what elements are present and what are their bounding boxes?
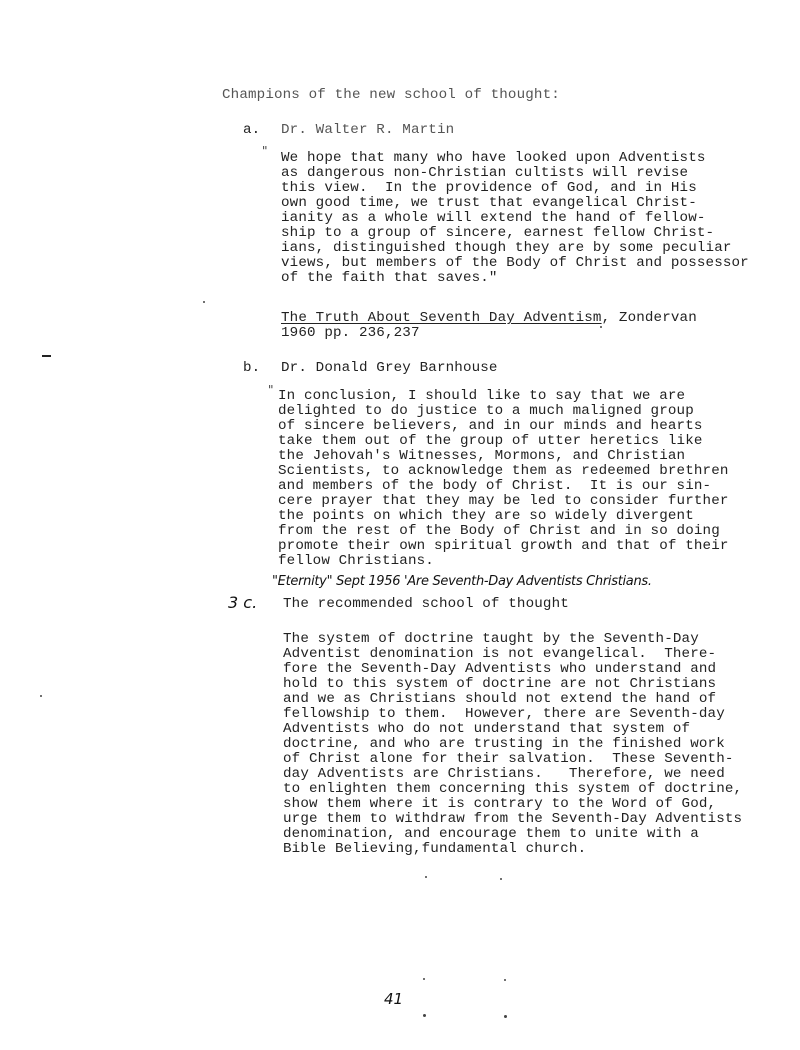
- quote-line: and members of the body of Christ. It is…: [278, 479, 729, 494]
- item-c-heading: The recommended school of thought: [283, 597, 569, 612]
- quote-line: of the faith that saves.": [281, 271, 749, 286]
- item-a-name: Dr. Walter R. Martin: [281, 123, 454, 138]
- scan-speck: [40, 695, 42, 697]
- martin-citation-line2: 1960 pp. 236,237: [281, 326, 420, 341]
- martin-citation-line1: The Truth About Seventh Day Adventism, Z…: [281, 311, 697, 326]
- body-line: urge them to withdraw from the Seventh-D…: [283, 812, 742, 827]
- quote-line: cere prayer that they may be led to cons…: [278, 494, 729, 509]
- body-line: fore the Seventh-Day Adventists who unde…: [283, 662, 742, 677]
- recommended-body: The system of doctrine taught by the Sev…: [283, 632, 742, 857]
- body-line: show them where it is contrary to the Wo…: [283, 797, 742, 812]
- quote-line: take them out of the group of utter here…: [278, 434, 729, 449]
- quote-line: own good time, we trust that evangelical…: [281, 196, 749, 211]
- open-quote-mark: ": [268, 383, 274, 397]
- body-line: Adventists who do not understand that sy…: [283, 722, 742, 737]
- body-line: hold to this system of doctrine are not …: [283, 677, 742, 692]
- scan-speck: [504, 1015, 507, 1018]
- scan-mark: [42, 355, 51, 357]
- body-line: of Christ alone for their salvation. The…: [283, 752, 742, 767]
- scan-speck: [423, 1014, 426, 1017]
- quote-line: ship to a group of sincere, earnest fell…: [281, 226, 749, 241]
- item-a-marker: a.: [243, 123, 260, 138]
- citation-title: The Truth About Seventh Day Adventism: [281, 310, 602, 326]
- quote-line: of sincere believers, and in our minds a…: [278, 419, 729, 434]
- quote-line: delighted to do justice to a much malign…: [278, 404, 729, 419]
- body-line: The system of doctrine taught by the Sev…: [283, 632, 742, 647]
- handwritten-citation: "Eternity" Sept 1956 'Are Seventh-Day Ad…: [272, 574, 652, 589]
- body-line: Bible Believing,fundamental church.: [283, 842, 742, 857]
- quote-line: views, but members of the Body of Christ…: [281, 256, 749, 271]
- scan-speck: [425, 876, 427, 878]
- quote-line: ians, distinguished though they are by s…: [281, 241, 749, 256]
- scan-speck: [203, 301, 205, 303]
- body-line: to enlighten them concerning this system…: [283, 782, 742, 797]
- citation-publisher: , Zondervan: [602, 310, 697, 326]
- item-b-marker: b.: [243, 361, 260, 376]
- barnhouse-quote: In conclusion, I should like to say that…: [278, 389, 729, 569]
- scan-speck: [504, 979, 506, 981]
- quote-line: promote their own spiritual growth and t…: [278, 539, 729, 554]
- martin-quote: We hope that many who have looked upon A…: [281, 151, 749, 286]
- quote-line: the Jehovah's Witnesses, Mormons, and Ch…: [278, 449, 729, 464]
- scan-speck: [500, 878, 502, 880]
- item-b-name: Dr. Donald Grey Barnhouse: [281, 361, 498, 376]
- item-c-marker: 3 c.: [228, 593, 257, 612]
- body-line: doctrine, and who are trusting in the fi…: [283, 737, 742, 752]
- body-line: day Adventists are Christians. Therefore…: [283, 767, 742, 782]
- quote-line: fellow Christians.: [278, 554, 729, 569]
- quote-line: this view. In the providence of God, and…: [281, 181, 749, 196]
- quote-line: the points on which they are so widely d…: [278, 509, 729, 524]
- quote-line: Scientists, to acknowledge them as redee…: [278, 464, 729, 479]
- quote-line: ianity as a whole will extend the hand o…: [281, 211, 749, 226]
- quote-line: We hope that many who have looked upon A…: [281, 151, 749, 166]
- body-line: and we as Christians should not extend t…: [283, 692, 742, 707]
- open-quote-mark: ": [262, 144, 268, 158]
- document-page: Champions of the new school of thought: …: [0, 0, 800, 1050]
- page-number: 41: [384, 990, 403, 1008]
- body-line: Adventist denomination is not evangelica…: [283, 647, 742, 662]
- quote-line: as dangerous non-Christian cultists will…: [281, 166, 749, 181]
- section-heading: Champions of the new school of thought:: [222, 88, 560, 103]
- scan-speck: [600, 326, 602, 328]
- body-line: fellowship to them. However, there are S…: [283, 707, 742, 722]
- body-line: denomination, and encourage them to unit…: [283, 827, 742, 842]
- scan-speck: [423, 978, 425, 980]
- quote-line: In conclusion, I should like to say that…: [278, 389, 729, 404]
- quote-line: from the rest of the Body of Christ and …: [278, 524, 729, 539]
